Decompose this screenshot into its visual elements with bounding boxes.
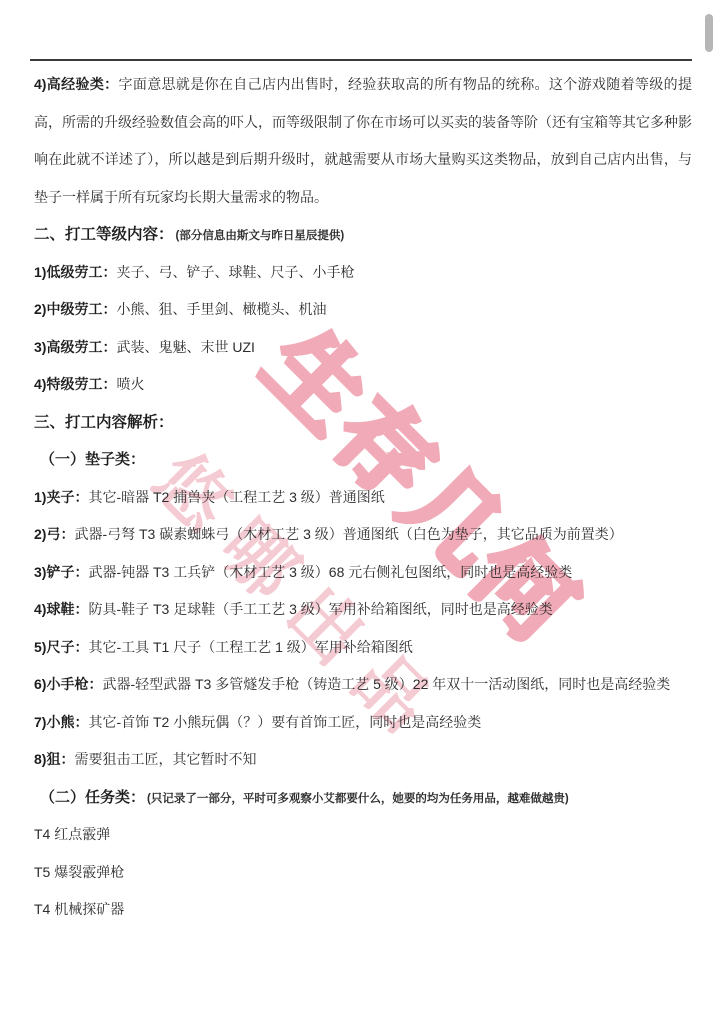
item-text: 武装、鬼魅、末世 UZI [116, 339, 254, 355]
sub2-heading-row: （二）任务类：(只记录了一部分，平时可多观察小艾都要什么，她要的均为任务用品，越… [34, 779, 692, 817]
item-text: T4 红点霰弹 [34, 826, 110, 842]
section2-heading-row: 二、打工等级内容：(部分信息由斯文与昨日星辰提供) [34, 216, 692, 254]
item-text: T4 机械探矿器 [34, 901, 124, 917]
item-text: 小熊、狙、手里剑、橄榄头、机油 [116, 301, 326, 317]
list-item: T5 爆裂霰弹枪 [34, 854, 692, 892]
sub2-heading: （二）任务类： [40, 789, 145, 806]
item-label: 3)高级劳工： [34, 339, 116, 355]
item-text: 武器-弓弩 T3 碳素蜘蛛弓（木材工艺 3 级）普通图纸（白色为垫子，其它品质为… [74, 526, 622, 542]
item-label: 6)小手枪： [34, 676, 102, 692]
page-top-divider [30, 59, 692, 61]
document-body: 4)高经验类：字面意思就是你在自己店内出售时，经验获取高的所有物品的统称。这个游… [0, 0, 720, 1011]
item-text: 夹子、弓、铲子、球鞋、尺子、小手枪 [116, 264, 354, 280]
item-label: 8)狙： [34, 751, 74, 767]
document-rows: 二、打工等级内容：(部分信息由斯文与昨日星辰提供) 1)低级劳工：夹子、弓、铲子… [34, 216, 692, 929]
item-text: 防具-鞋子 T3 足球鞋（手工工艺 3 级）军用补给箱图纸，同时也是高经验类 [88, 601, 552, 617]
intro-paragraph: 4)高经验类：字面意思就是你在自己店内出售时，经验获取高的所有物品的统称。这个游… [34, 66, 692, 216]
section3-heading-row: 三、打工内容解析： [34, 404, 692, 442]
list-item: 4)球鞋：防具-鞋子 T3 足球鞋（手工工艺 3 级）军用补给箱图纸，同时也是高… [34, 591, 692, 629]
list-item: T4 机械探矿器 [34, 891, 692, 929]
item-text: T5 爆裂霰弹枪 [34, 864, 124, 880]
item-text: 武器-轻型武器 T3 多管燧发手枪（铸造工艺 5 级）22 年双十一活动图纸，同… [102, 676, 670, 692]
section3-heading: 三、打工内容解析： [34, 414, 174, 431]
item-label: 4)特级劳工： [34, 376, 116, 392]
item-label: 2)弓： [34, 526, 74, 542]
section2-heading: 二、打工等级内容： [34, 226, 174, 243]
list-item: 1)夹子：其它-暗器 T2 捕兽夹（工程工艺 3 级）普通图纸 [34, 479, 692, 517]
list-item: 7)小熊：其它-首饰 T2 小熊玩偶（？）要有首饰工匠，同时也是高经验类 [34, 704, 692, 742]
section2-note: (部分信息由斯文与昨日星辰提供) [176, 230, 345, 242]
item-label: 4)球鞋： [34, 601, 88, 617]
list-item: 2)中级劳工：小熊、狙、手里剑、橄榄头、机油 [34, 291, 692, 329]
sub2-note: (只记录了一部分，平时可多观察小艾都要什么，她要的均为任务用品，越难做越贵) [147, 793, 569, 805]
list-item: 8)狙：需要狙击工匠，其它暂时不知 [34, 741, 692, 779]
list-item: 4)特级劳工：喷火 [34, 366, 692, 404]
item-label: 3)铲子： [34, 564, 88, 580]
item-label: 7)小熊： [34, 714, 88, 730]
sub1-heading: （一）垫子类： [40, 451, 145, 468]
item-label: 1)低级劳工： [34, 264, 116, 280]
list-item: 2)弓：武器-弓弩 T3 碳素蜘蛛弓（木材工艺 3 级）普通图纸（白色为垫子，其… [34, 516, 692, 554]
list-item: 6)小手枪：武器-轻型武器 T3 多管燧发手枪（铸造工艺 5 级）22 年双十一… [34, 666, 692, 704]
intro-label: 4)高经验类： [34, 76, 119, 92]
sub1-heading-row: （一）垫子类： [34, 441, 692, 479]
list-item: 5)尺子：其它-工具 T1 尺子（工程工艺 1 级）军用补给箱图纸 [34, 629, 692, 667]
list-item: T4 红点霰弹 [34, 816, 692, 854]
scrollbar-thumb[interactable] [705, 14, 713, 52]
intro-text: 字面意思就是你在自己店内出售时，经验获取高的所有物品的统称。这个游戏随着等级的提… [34, 76, 692, 205]
item-label: 2)中级劳工： [34, 301, 116, 317]
item-text: 武器-钝器 T3 工兵铲（木材工艺 3 级）68 元右侧礼包图纸，同时也是高经验… [88, 564, 572, 580]
item-label: 1)夹子： [34, 489, 88, 505]
list-item: 1)低级劳工：夹子、弓、铲子、球鞋、尺子、小手枪 [34, 254, 692, 292]
list-item: 3)高级劳工：武装、鬼魅、末世 UZI [34, 329, 692, 367]
list-item: 3)铲子：武器-钝器 T3 工兵铲（木材工艺 3 级）68 元右侧礼包图纸，同时… [34, 554, 692, 592]
item-text: 其它-首饰 T2 小熊玩偶（？）要有首饰工匠，同时也是高经验类 [88, 714, 481, 730]
item-text: 喷火 [116, 376, 144, 392]
item-label: 5)尺子： [34, 639, 88, 655]
item-text: 需要狙击工匠，其它暂时不知 [74, 751, 256, 767]
item-text: 其它-工具 T1 尺子（工程工艺 1 级）军用补给箱图纸 [88, 639, 412, 655]
item-text: 其它-暗器 T2 捕兽夹（工程工艺 3 级）普通图纸 [88, 489, 384, 505]
